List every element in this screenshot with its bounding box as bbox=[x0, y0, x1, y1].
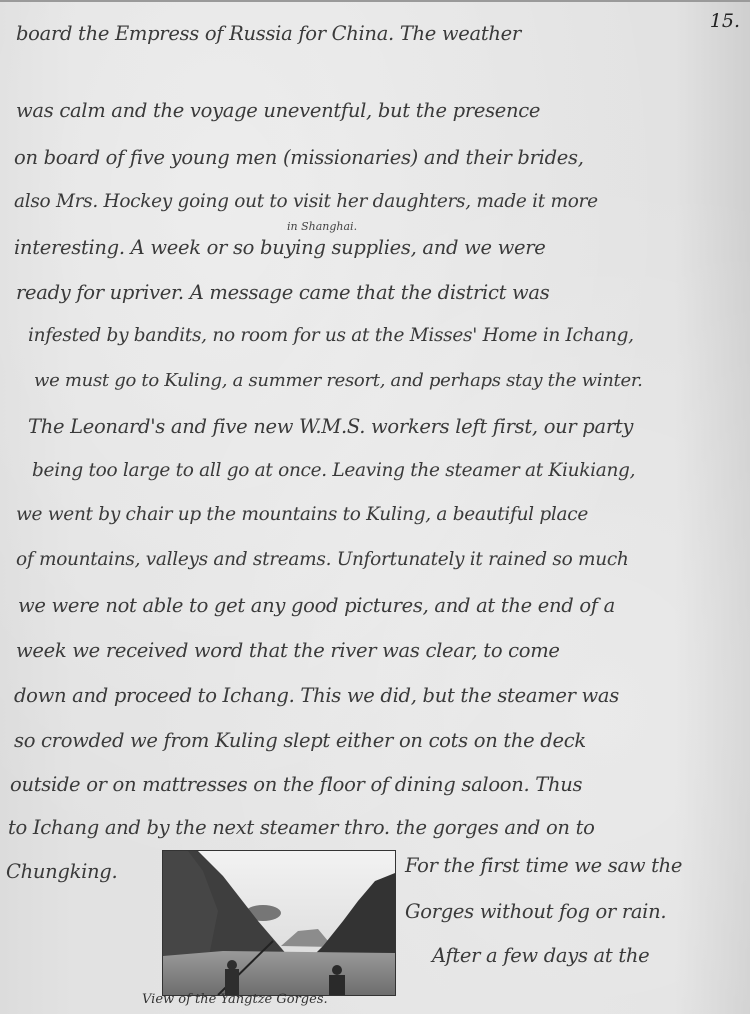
text-line: we went by chair up the mountains to Kul… bbox=[16, 504, 588, 525]
text-line: For the first time we saw the bbox=[405, 854, 682, 877]
text-line: to Ichang and by the next steamer thro. … bbox=[8, 816, 595, 839]
text-line: week we received word that the river was… bbox=[16, 639, 560, 662]
page-number: 15. bbox=[710, 10, 740, 32]
text-line: down and proceed to Ichang. This we did,… bbox=[14, 684, 619, 707]
text-line: infested by bandits, no room for us at t… bbox=[28, 325, 634, 346]
text-line: ready for upriver. A message came that t… bbox=[16, 281, 549, 304]
text-line: board the Empress of Russia for China. T… bbox=[16, 22, 521, 45]
text-line: was calm and the voyage uneventful, but … bbox=[16, 99, 540, 122]
text-line: so crowded we from Kuling slept either o… bbox=[14, 729, 586, 752]
inserted-note: in Shanghai. bbox=[287, 220, 357, 233]
yangtze-gorges-photo bbox=[162, 850, 396, 996]
text-line: interesting. A week or so buying supplie… bbox=[14, 236, 546, 259]
text-line: also Mrs. Hockey going out to visit her … bbox=[14, 191, 598, 212]
journal-page: 15. board the Empress of Russia for Chin… bbox=[0, 0, 750, 1014]
text-line: being too large to all go at once. Leavi… bbox=[32, 460, 635, 481]
text-line: Chungking. bbox=[6, 860, 117, 883]
text-line: After a few days at the bbox=[432, 944, 649, 967]
text-line: on board of five young men (missionaries… bbox=[14, 146, 584, 169]
text-line: Gorges without fog or rain. bbox=[405, 900, 666, 923]
text-line: of mountains, valleys and streams. Unfor… bbox=[16, 549, 629, 570]
text-line: we must go to Kuling, a summer resort, a… bbox=[34, 370, 643, 391]
photo-caption: View of the Yangtze Gorges. bbox=[142, 992, 328, 1007]
text-line: we were not able to get any good picture… bbox=[18, 594, 615, 617]
text-line: outside or on mattresses on the floor of… bbox=[10, 773, 582, 796]
text-line: The Leonard's and five new W.M.S. worker… bbox=[28, 415, 633, 438]
